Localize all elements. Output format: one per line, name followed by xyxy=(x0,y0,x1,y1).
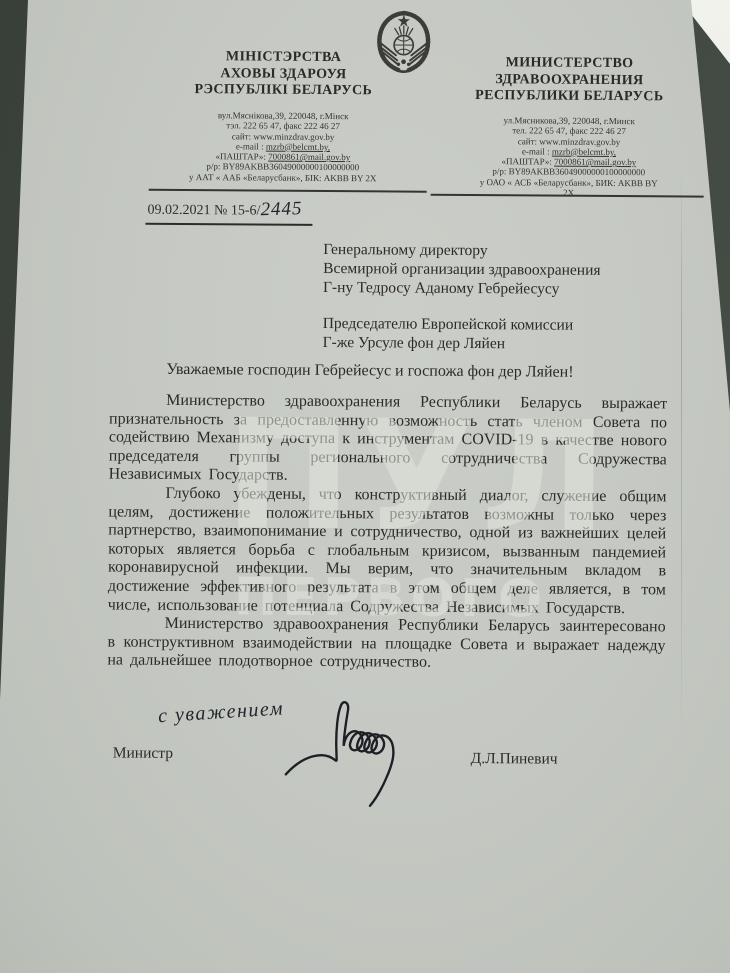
ministry-address-russian: ул.Мясникова,39, 220048, г.Минск тел. 22… xyxy=(431,115,708,199)
reference-number-line: 09.02.2021 № 15-6/2445 xyxy=(145,198,312,226)
paragraph: Министерство здравоохранения Республики … xyxy=(109,391,668,488)
recipient-who: Генеральному директору Всемирной организ… xyxy=(323,240,601,299)
ministry-title-belarusian: МІНІСТЭРСТВА АХОВЫ ЗДАРОУЯ РЭСПУБЛІКІ БЕ… xyxy=(147,49,419,100)
recipient-ec: Председателю Европейской комиссии Г-же У… xyxy=(323,314,601,354)
email-label: e-mail : xyxy=(236,141,266,151)
salutation: Уважаемые господин Гебрейесус и госпожа … xyxy=(109,360,667,382)
pashtar-label: «ПАШТАР»: xyxy=(501,156,554,166)
pashtar-address: 7000861@mail.gov.by xyxy=(268,152,350,163)
signer-title: Министр xyxy=(113,745,173,763)
recipient-line: Генеральному директору xyxy=(323,240,601,261)
pashtar-address: 7000861@mail.gov.by xyxy=(554,157,636,168)
signer-name: Д.Л.Пиневич xyxy=(471,750,558,769)
recipient-line: Всемирной организации здравоохранения xyxy=(323,259,601,280)
recipient-block: Генеральному директору Всемирной организ… xyxy=(322,240,600,371)
letter-paper: МІНІСТЭРСТВА АХОВЫ ЗДАРОУЯ РЭСПУБЛІКІ БЕ… xyxy=(0,0,730,973)
minister-signature-icon xyxy=(277,690,453,819)
letter-content: МІНІСТЭРСТВА АХОВЫ ЗДАРОУЯ РЭСПУБЛІКІ БЕ… xyxy=(0,0,730,973)
title-line: РЭСПУБЛІКІ БЕЛАРУСЬ xyxy=(147,82,419,100)
letter-body: Министерство здравоохранения Республики … xyxy=(107,391,667,674)
email-label: e-mail : xyxy=(522,146,552,156)
email-address: mzrb@belcmt.by, xyxy=(266,141,330,151)
title-line: ЗДРАВООХРАНЕНИЯ xyxy=(433,71,705,89)
title-line: АХОВЫ ЗДАРОУЯ xyxy=(147,65,419,83)
paragraph: Глубоко убеждены, что конструктивный диа… xyxy=(108,484,667,618)
paragraph: Министерство здравоохранения Республики … xyxy=(107,615,665,675)
ministry-address-belarusian: вул.Мяснікова,39, 220048, г.Мінск тэл. 2… xyxy=(145,110,421,184)
recipient-line: Г-же Урсуле фон дер Ляйен xyxy=(323,333,601,354)
email-address: mzrb@belcmt.by, xyxy=(552,146,616,156)
recipient-line: Председателю Европейской комиссии xyxy=(323,314,601,335)
address-bank: у ААТ « ААБ «Беларусбанк», БІК: AKBB BY … xyxy=(145,172,421,184)
handwritten-closing-note: с уважением xyxy=(157,697,284,728)
title-line: МИНИСТЕРСТВО xyxy=(434,55,706,73)
ministry-title-russian: МИНИСТЕРСТВО ЗДРАВООХРАНЕНИЯ РЕСПУБЛИКИ … xyxy=(433,55,705,106)
title-line: РЕСПУБЛИКИ БЕЛАРУСЬ xyxy=(433,88,705,106)
pashtar-label: «ПАШТАР»: xyxy=(215,151,268,161)
letterhead-divider-left xyxy=(149,189,427,193)
title-line: МІНІСТЭРСТВА xyxy=(148,49,420,67)
reference-typed: 09.02.2021 № 15-6/ xyxy=(147,203,260,219)
reference-handwritten-number: 2445 xyxy=(260,198,303,221)
recipient-line: Г-ну Тедросу Аданому Гебрейесусу xyxy=(323,278,601,299)
